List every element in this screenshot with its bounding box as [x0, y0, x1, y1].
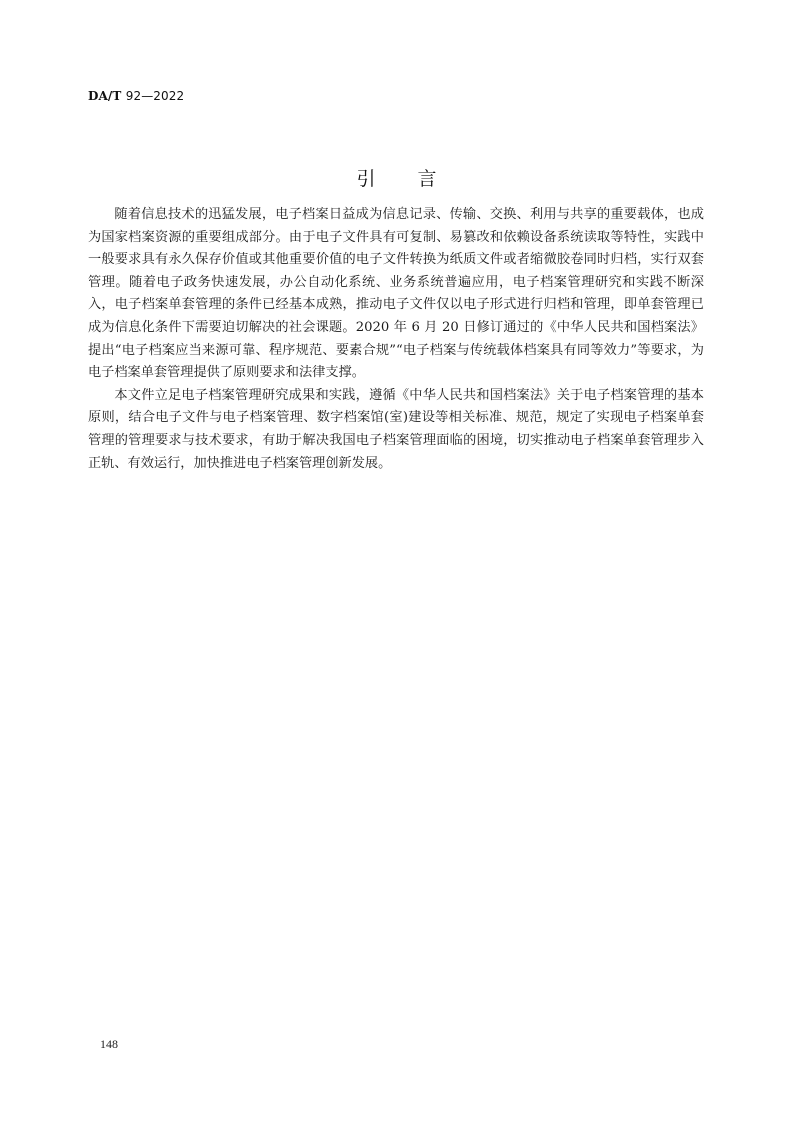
section-title: 引言 — [0, 164, 793, 191]
section-title-char-2: 言 — [418, 168, 437, 190]
document-code-number: 92—2022 — [126, 89, 185, 103]
paragraph-1: 随着信息技术的迅猛发展，电子档案日益成为信息记录、传输、交换、利用与共享的重要载… — [88, 204, 704, 385]
section-title-char-1: 引 — [356, 168, 375, 190]
page-number: 148 — [100, 1037, 118, 1052]
introduction-body: 随着信息技术的迅猛发展，电子档案日益成为信息记录、传输、交换、利用与共享的重要载… — [88, 204, 704, 475]
document-code: DA/T 92—2022 — [88, 89, 184, 103]
paragraph-2: 本文件立足电子档案管理研究成果和实践，遵循《中华人民共和国档案法》关于电子档案管… — [88, 385, 704, 475]
document-code-prefix: DA/T — [88, 89, 121, 103]
